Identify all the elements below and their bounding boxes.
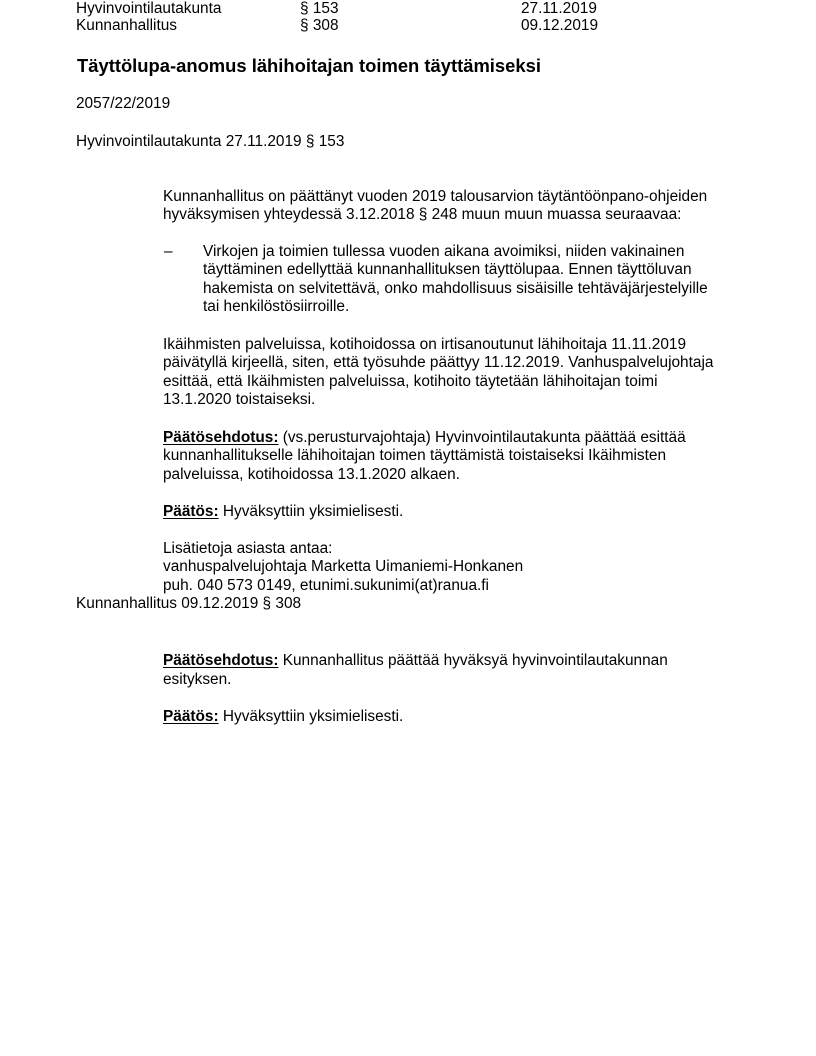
decision-label: Päätös: <box>163 503 219 520</box>
text-line: 13.1.2020 toistaiseksi. <box>163 391 315 409</box>
text-line: tai henkilöstösiirroille. <box>203 298 349 316</box>
text-line: Kunnanhallitus on päättänyt vuoden 2019 … <box>163 188 707 206</box>
text-line: esittää, että Ikäihmisten palveluissa, k… <box>163 373 658 391</box>
text-line: hyväksymisen yhteydessä 3.12.2018 § 248 … <box>163 206 681 224</box>
text-line: Virkojen ja toimien tullessa vuoden aika… <box>203 243 684 261</box>
header-body: Kunnanhallitus <box>76 17 177 35</box>
meeting2-heading: Kunnanhallitus 09.12.2019 § 308 <box>76 595 301 613</box>
proposal-text: Kunnanhallitus päättää hyväksyä hyvinvoi… <box>278 652 667 669</box>
text-line: Lisätietoja asiasta antaa: <box>163 540 332 558</box>
text-line: palveluissa, kotihoidossa 13.1.2020 alka… <box>163 466 460 484</box>
header-date: 27.11.2019 <box>521 0 597 18</box>
text-line: kunnanhallitukselle lähihoitajan toimen … <box>163 447 666 465</box>
proposal-label: Päätösehdotus: <box>163 652 278 669</box>
decision-paragraph: Päätös: Hyväksyttiin yksimielisesti. <box>163 503 403 521</box>
proposal-text: (vs.perusturvajohtaja) Hyvinvointilautak… <box>278 429 685 446</box>
header-section: § 153 <box>300 0 339 18</box>
document-title: Täyttölupa-anomus lähihoitajan toimen tä… <box>77 55 541 77</box>
dash-bullet-icon: – <box>164 243 173 261</box>
decision-paragraph-2: Päätös: Hyväksyttiin yksimielisesti. <box>163 708 403 726</box>
text-line: puh. 040 573 0149, etunimi.sukunimi(at)r… <box>163 577 489 595</box>
header-section: § 308 <box>300 17 339 35</box>
text-line: päivätyllä kirjeellä, siten, että työsuh… <box>163 354 713 372</box>
text-line: hakemista on selvitettävä, onko mahdolli… <box>203 280 708 298</box>
text-line: esityksen. <box>163 671 231 689</box>
text-line: Päätösehdotus: (vs.perusturvajohtaja) Hy… <box>163 429 686 447</box>
decision-label: Päätös: <box>163 708 219 725</box>
decision-text: Hyväksyttiin yksimielisesti. <box>219 708 404 725</box>
meeting1-heading: Hyvinvointilautakunta 27.11.2019 § 153 <box>76 133 344 151</box>
text-line: Päätösehdotus: Kunnanhallitus päättää hy… <box>163 652 668 670</box>
text-line: Ikäihmisten palveluissa, kotihoidossa on… <box>163 336 686 354</box>
text-line: vanhuspalvelujohtaja Marketta Uimaniemi-… <box>163 558 523 576</box>
header-body: Hyvinvointilautakunta <box>76 0 221 18</box>
text-line: täyttäminen edellyttää kunnanhallituksen… <box>203 261 692 279</box>
proposal-label: Päätösehdotus: <box>163 429 278 446</box>
case-number: 2057/22/2019 <box>76 95 170 113</box>
decision-text: Hyväksyttiin yksimielisesti. <box>219 503 404 520</box>
header-date: 09.12.2019 <box>521 17 598 35</box>
